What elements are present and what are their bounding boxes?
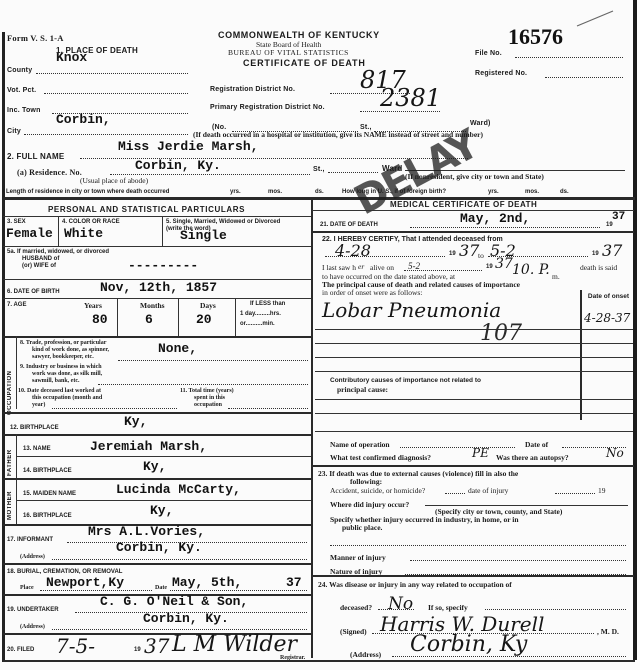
if-so-line bbox=[485, 609, 626, 610]
length-residence-label: Length of residence in city or town wher… bbox=[6, 189, 169, 195]
sex-label: 3. SEX bbox=[7, 219, 26, 225]
cause-intro-2: in order of onset were as follows: bbox=[322, 288, 422, 297]
test-label: What test confirmed diagnosis? bbox=[330, 453, 431, 462]
vot-pct-line bbox=[44, 93, 188, 94]
last-worked-label-2: this occupation (month and bbox=[32, 395, 102, 401]
date-of-death-label: 21. DATE OF DEATH bbox=[320, 222, 378, 228]
trade-label-2: kind of work done, as spinner, bbox=[32, 347, 109, 353]
registered-no-line bbox=[545, 77, 623, 78]
months-value: 6 bbox=[145, 312, 153, 327]
registrar-signature: L M Wilder bbox=[172, 632, 297, 657]
last-worked-label-3: year) bbox=[32, 402, 45, 408]
occupation-related-label-2: deceased? bbox=[340, 603, 372, 612]
accident-label: Accident, suicide, or homicide? bbox=[330, 486, 425, 495]
usual-abode-note: (Usual place of abode) bbox=[80, 176, 148, 185]
city-label: City bbox=[7, 128, 21, 135]
marital-value: Single bbox=[180, 228, 227, 243]
father-birthplace-value: Ky, bbox=[143, 459, 166, 474]
time-suffix: m. bbox=[552, 272, 560, 281]
last-saw-year-prefix: 19 bbox=[486, 264, 493, 270]
injury-date-label: date of injury bbox=[468, 486, 508, 495]
last-saw-pronoun: er bbox=[358, 262, 364, 271]
physician-address-line bbox=[392, 656, 626, 657]
attended-to-label: to bbox=[478, 251, 484, 260]
medical-section-title: MEDICAL CERTIFICATE OF DEATH bbox=[390, 200, 537, 209]
attended-to-year: 37 bbox=[602, 241, 622, 260]
accident-line bbox=[445, 493, 465, 494]
occupation-related-label-1: 24. Was disease or injury in any way rel… bbox=[318, 580, 512, 589]
spouse-label-3: (or) WIFE of bbox=[22, 263, 56, 269]
spouse-label-1: 5a. If married, widowed, or divorced bbox=[7, 249, 109, 255]
filed-label: 20. FILED bbox=[7, 647, 34, 653]
informant-address-label: (Address) bbox=[20, 554, 45, 560]
left-border bbox=[2, 32, 5, 662]
registration-district-label: Registration District No. bbox=[210, 86, 295, 93]
burial-place-label: Place bbox=[20, 585, 34, 591]
father-name-label: 13. NAME bbox=[23, 446, 51, 452]
total-time-label-1: 11. Total time (years) bbox=[180, 388, 234, 394]
yrs-label: yrs. bbox=[230, 189, 241, 195]
rule bbox=[312, 231, 634, 233]
manner-line bbox=[410, 560, 626, 561]
rule bbox=[3, 478, 311, 480]
spouse-label-2: HUSBAND of bbox=[22, 256, 59, 262]
months-label: Months bbox=[140, 301, 165, 310]
rule bbox=[315, 343, 633, 344]
autopsy-label: Was there an autopsy? bbox=[496, 453, 569, 462]
total-time-label-3: occupation bbox=[194, 402, 222, 408]
less-min-label: or..........min. bbox=[240, 321, 275, 327]
race-label: 4. COLOR OR RACE bbox=[62, 219, 120, 225]
manner-label: Manner of injury bbox=[330, 553, 386, 562]
father-birthplace-label: 14. BIRTHPLACE bbox=[23, 468, 72, 474]
informant-value: Mrs A.L.Vories, bbox=[88, 524, 205, 539]
file-no-line bbox=[515, 57, 623, 58]
rule bbox=[3, 412, 311, 414]
city-value: Corbin, bbox=[56, 112, 111, 127]
rule bbox=[315, 371, 633, 372]
less-day-label: 1 day.........hrs. bbox=[240, 311, 281, 317]
rule bbox=[3, 434, 311, 436]
time-value: 10. P. bbox=[512, 262, 550, 278]
attended-from-year-prefix: 19 bbox=[449, 251, 456, 257]
rule bbox=[3, 563, 311, 565]
form-number: Form V. S. 1-A bbox=[7, 33, 64, 43]
city-line bbox=[24, 134, 188, 135]
last-worked-label-1: 10. Date deceased last worked at bbox=[18, 388, 101, 394]
spouse-value: --------- bbox=[128, 258, 198, 273]
date-of-death-value: May, 2nd, bbox=[460, 211, 530, 226]
burial-date-value: May, 5th, bbox=[172, 575, 242, 590]
birthplace-label: 12. BIRTHPLACE bbox=[10, 425, 59, 431]
last-saw-label-2: alive on bbox=[370, 263, 394, 272]
county-line bbox=[36, 73, 188, 74]
signed-label: (Signed) bbox=[340, 627, 367, 636]
physician-address-value: Corbin, Ky bbox=[410, 632, 527, 657]
years-value: 80 bbox=[92, 312, 108, 327]
mother-birthplace-value: Ky, bbox=[150, 503, 173, 518]
rule bbox=[3, 298, 311, 299]
operation-date-label: Date of bbox=[525, 440, 548, 449]
undertaker-address-value: Corbin, Ky. bbox=[143, 611, 229, 626]
filed-year-value: 37 bbox=[144, 634, 169, 658]
date-of-death-year: 37 bbox=[612, 211, 625, 223]
header-certificate: CERTIFICATE OF DEATH bbox=[243, 58, 366, 68]
vot-pct-label: Vot. Pct. bbox=[7, 87, 36, 94]
where-injury-label: Where did injury occur? bbox=[330, 500, 409, 509]
date-of-death-line bbox=[410, 227, 600, 228]
undertaker-address-label: (Address) bbox=[20, 624, 45, 630]
rule bbox=[315, 413, 633, 414]
last-saw-line bbox=[404, 270, 482, 271]
rule bbox=[58, 216, 59, 246]
where-injury-line bbox=[425, 505, 628, 506]
rule bbox=[235, 298, 236, 336]
mos2-label: mos. bbox=[525, 189, 539, 195]
external-label-1: 23. If death was due to external causes … bbox=[318, 469, 518, 478]
undertaker-address-line bbox=[52, 629, 307, 630]
mother-name-value: Lucinda McCarty, bbox=[116, 482, 241, 497]
ward-label: Ward) bbox=[470, 120, 491, 127]
sex-value: Female bbox=[6, 226, 53, 241]
rule bbox=[312, 575, 634, 577]
burial-year-value: 37 bbox=[286, 575, 302, 590]
father-side-label: FATHER bbox=[7, 440, 13, 476]
operation-line bbox=[400, 447, 515, 448]
bottom-rule bbox=[3, 660, 635, 662]
mos-label: mos. bbox=[268, 189, 282, 195]
industry-label-1: 9. Industry or business in which bbox=[20, 364, 102, 370]
personal-section-title: PERSONAL AND STATISTICAL PARTICULARS bbox=[48, 205, 245, 214]
autopsy-value: No bbox=[606, 446, 624, 460]
rule bbox=[315, 329, 633, 330]
attended-to-year-prefix: 19 bbox=[592, 251, 599, 257]
birthplace-value: Ky, bbox=[124, 414, 147, 429]
last-saw-year: 37 bbox=[495, 256, 513, 272]
operation-label: Name of operation bbox=[330, 440, 390, 449]
check-mark-icon bbox=[575, 8, 615, 30]
rule bbox=[3, 246, 311, 247]
yrs2-label: yrs. bbox=[488, 189, 499, 195]
dob-label: 6. DATE OF BIRTH bbox=[7, 289, 60, 295]
principal-cause-value: Lobar Pneumonia bbox=[322, 298, 501, 322]
less-than-label: If LESS than bbox=[250, 301, 285, 307]
full-name-label: 2. FULL NAME bbox=[7, 152, 64, 161]
trade-label-3: sawyer, bookkeeper, etc. bbox=[32, 354, 94, 360]
rule bbox=[17, 456, 311, 457]
rule bbox=[117, 298, 118, 336]
attended-from-year: 37 bbox=[459, 241, 479, 260]
mother-birthplace-label: 16. BIRTHPLACE bbox=[23, 513, 72, 519]
burial-place-value: Newport,Ky bbox=[46, 575, 124, 590]
injury-date-line bbox=[555, 493, 595, 494]
undertaker-value: C. G. O'Neil & Son, bbox=[100, 594, 248, 609]
file-number-stamp: 16576 bbox=[508, 24, 563, 50]
rule bbox=[162, 216, 163, 246]
father-name-value: Jeremiah Marsh, bbox=[90, 439, 207, 454]
ds-label: ds. bbox=[315, 189, 324, 195]
industry-label-2: work was done, as silk mill, bbox=[32, 371, 102, 377]
dob-value: Nov, 12th, 1857 bbox=[100, 280, 217, 295]
rule bbox=[315, 357, 633, 358]
residence-line bbox=[110, 174, 310, 175]
contributory-label-1: Contributory causes of importance not re… bbox=[330, 377, 481, 384]
attended-from-value: 4-28 bbox=[335, 241, 371, 260]
burial-date-line bbox=[170, 590, 307, 591]
informant-label: 17. INFORMANT bbox=[7, 537, 53, 543]
attended-from-line bbox=[325, 256, 445, 257]
last-worked-line bbox=[52, 408, 177, 409]
rule bbox=[3, 336, 311, 338]
column-divider bbox=[311, 198, 313, 658]
rule bbox=[315, 431, 633, 432]
onset-value: 4-28-37 bbox=[584, 311, 630, 325]
death-certificate: Form V. S. 1-A 1. PLACE OF DEATH COMMONW… bbox=[0, 0, 640, 670]
trade-label-1: 8. Trade, profession, or particular bbox=[20, 340, 106, 346]
primary-registration-value: 2381 bbox=[380, 84, 441, 112]
specify-label-2: public place. bbox=[342, 523, 382, 532]
days-label: Days bbox=[200, 301, 216, 310]
header-bureau: BUREAU OF VITAL STATISTICS bbox=[228, 48, 349, 57]
industry-line bbox=[98, 384, 308, 385]
informant-address-line bbox=[52, 559, 307, 560]
days-value: 20 bbox=[196, 312, 212, 327]
rule bbox=[3, 216, 311, 217]
section-divider bbox=[3, 197, 635, 200]
rule bbox=[315, 399, 633, 400]
industry-label-3: sawmill, bank, etc. bbox=[32, 378, 80, 384]
test-value: PE bbox=[472, 446, 489, 460]
death-said-label: death is said bbox=[580, 263, 617, 272]
years-label: Years bbox=[84, 301, 102, 310]
header-commonwealth: COMMONWEALTH OF KENTUCKY bbox=[218, 30, 380, 40]
external-label-2: following: bbox=[350, 477, 382, 486]
trade-value: None, bbox=[158, 341, 197, 356]
race-value: White bbox=[64, 226, 103, 241]
informant-address-value: Corbin, Ky. bbox=[116, 540, 202, 555]
full-name-value: Miss Jerdie Marsh, bbox=[118, 139, 258, 154]
injury-year-prefix: 19 bbox=[598, 486, 606, 495]
ds2-label: ds. bbox=[560, 189, 569, 195]
residence-label: (a) Residence. No. bbox=[17, 168, 82, 177]
residence-value: Corbin, Ky. bbox=[135, 158, 221, 173]
filed-year-prefix: 19 bbox=[134, 647, 141, 653]
contributory-label-2: principal cause: bbox=[337, 385, 388, 394]
md-label: , M. D. bbox=[597, 627, 619, 636]
trade-line bbox=[118, 360, 308, 361]
total-time-line bbox=[228, 408, 308, 409]
inc-town-label: Inc. Town bbox=[7, 107, 41, 114]
county-label: County bbox=[7, 67, 32, 74]
physician-address-label: (Address) bbox=[350, 650, 381, 659]
rule bbox=[178, 298, 179, 336]
rule bbox=[312, 465, 634, 467]
county-value: Knox bbox=[56, 50, 87, 65]
if-so-label: If so, specify bbox=[428, 603, 468, 612]
occupation-side-label: OCCUPATION bbox=[7, 345, 13, 415]
mother-name-label: 15. MAIDEN NAME bbox=[23, 491, 76, 497]
rule bbox=[16, 336, 17, 409]
undertaker-label: 19. UNDERTAKER bbox=[7, 607, 59, 613]
burial-date-label: Date bbox=[155, 585, 167, 591]
right-border bbox=[633, 0, 637, 660]
onset-column-rule bbox=[580, 290, 582, 420]
date-of-onset-label: Date of onset bbox=[586, 293, 631, 300]
specify-line bbox=[330, 545, 626, 546]
burial-place-line bbox=[40, 590, 152, 591]
last-saw-label: I last saw h bbox=[322, 263, 356, 272]
file-no-label: File No. bbox=[475, 50, 502, 57]
occupation-related-value: No bbox=[388, 594, 413, 614]
age-label: 7. AGE bbox=[7, 302, 26, 308]
primary-registration-label: Primary Registration District No. bbox=[210, 104, 325, 111]
total-time-label-2: spent in this bbox=[194, 395, 225, 401]
filed-value: 7-5- bbox=[56, 634, 95, 658]
rule bbox=[17, 500, 311, 501]
registered-no-label: Registered No. bbox=[475, 70, 527, 77]
residence-st-label: St., bbox=[313, 166, 325, 173]
mother-side-label: MOTHER bbox=[7, 484, 13, 520]
